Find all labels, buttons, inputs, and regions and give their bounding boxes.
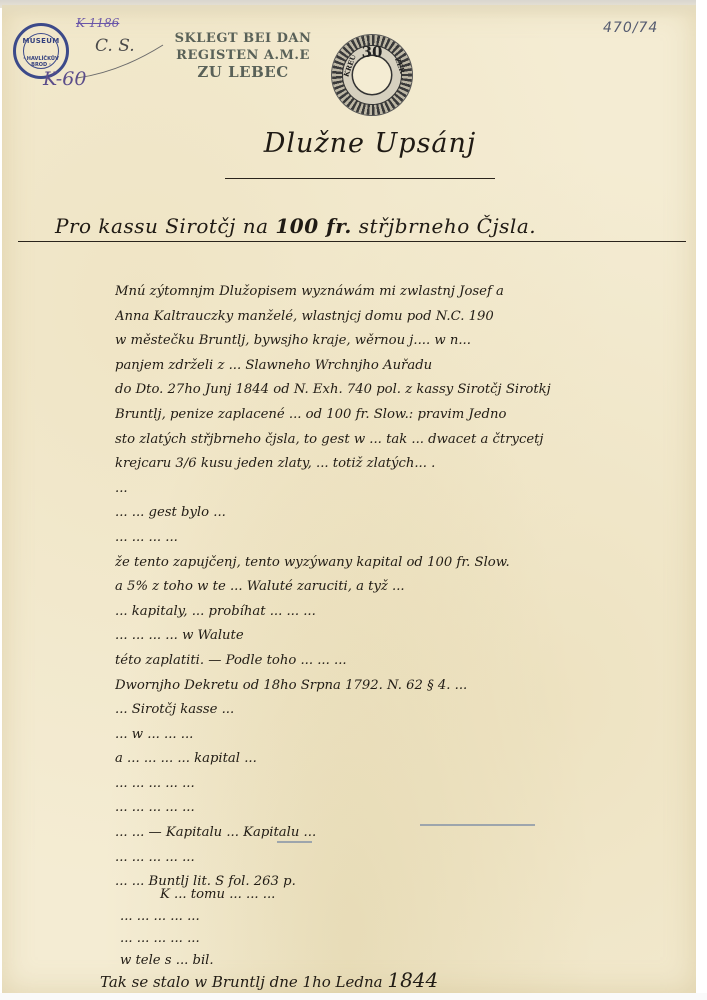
body-line: ... ... ... ... ... <box>115 772 675 797</box>
document-title: Dlužne Upsánj <box>255 128 485 159</box>
registry-stamp: SKLEGT BEI DAN REGISTEN A.M.E ZU LEBEC <box>168 30 318 81</box>
body-line: této zaplatiti. — Podle toho ... ... ... <box>115 649 675 674</box>
body-line: ... Sirotčj kasse ... <box>115 698 675 723</box>
closing-paragraph: K ... tomu ... ... ... ... ... ... ... .… <box>120 884 660 972</box>
body-line: že tento zapujčenj, tento wyzýwany kapit… <box>115 551 675 576</box>
pencil-stroke <box>75 42 165 82</box>
body-line: ... <box>115 477 675 502</box>
body-line: krejcaru 3/6 kusu jeden zlaty, ... totiž… <box>115 452 675 477</box>
closing-line: ... ... ... ... ... <box>120 906 660 928</box>
title-underline <box>225 178 495 179</box>
body-line: ... ... ... ... ... <box>115 846 675 871</box>
subtitle-amount: 100 fr. <box>275 214 351 238</box>
closing-line: K ... tomu ... ... ... <box>120 884 660 906</box>
catalog-code: K-60 <box>43 68 86 90</box>
pencil-underline <box>277 841 312 843</box>
body-line: Bruntlj, penize zaplacené ... od 100 fr.… <box>115 403 675 428</box>
body-line: a 5% z toho w te ... Waluté zaruciti, a … <box>115 575 675 600</box>
body-line: Dwornjho Dekretu od 18ho Srpna 1792. N. … <box>115 674 675 699</box>
body-line: do Dto. 27ho Junj 1844 od N. Exh. 740 po… <box>115 378 675 403</box>
body-line: Anna Kaltrauczky manželé, wlastnjcj domu… <box>115 305 675 330</box>
registry-stamp-line-3: ZU LEBEC <box>168 64 318 81</box>
body-line: ... ... ... ... ... <box>115 796 675 821</box>
archive-number: 470/74 <box>603 20 658 36</box>
registry-stamp-line-1: SKLEGT BEI DAN <box>168 30 318 47</box>
body-line: ... ... ... ... <box>115 526 675 551</box>
body-line: a ... ... ... ... kapital ... <box>115 747 675 772</box>
year: 1844 <box>387 968 438 992</box>
registry-stamp-line-2: REGISTEN A.M.E <box>168 47 318 64</box>
place-and-date: Tak se stalo w Bruntlj dne 1ho Ledna 184… <box>100 968 520 992</box>
subtitle-prefix: Pro kassu Sirotčj na <box>55 214 275 238</box>
museum-stamp-top-text: MUSEUM <box>16 37 66 45</box>
body-line: Mnú zýtomnjm Dlužopisem wyznáwám mi zwla… <box>115 280 675 305</box>
body-line: ... ... — Kapitalu ... Kapitalu ... <box>115 821 675 846</box>
body-line: ... ... gest bylo ... <box>115 501 675 526</box>
document-body: Mnú zýtomnjm Dlužopisem wyznáwám mi zwla… <box>115 280 675 895</box>
scan-right-margin <box>696 0 707 1000</box>
body-line: ... kapitaly, ... probíhat ... ... ... <box>115 600 675 625</box>
body-line: panjem zdrželi z ... Slawneho Wrchnjho A… <box>115 354 675 379</box>
tax-stamp-30-kreuzer: 30 KREU ZER <box>332 35 412 115</box>
body-line: ... ... ... ... w Walute <box>115 624 675 649</box>
pencil-underline <box>420 824 535 826</box>
body-line: ... w ... ... ... <box>115 723 675 748</box>
place-date-text: Tak se stalo w Bruntlj dne 1ho Ledna <box>100 973 387 991</box>
closing-line: ... ... ... ... ... <box>120 928 660 950</box>
subtitle-suffix: střjbrneho Čjsla. <box>352 214 536 238</box>
museum-stamp-bottom-text: · HAVLÍČKŮV BROD · <box>16 56 66 68</box>
body-line: sto zlatých střjbrneho čjsla, to gest w … <box>115 428 675 453</box>
crossed-inventory-number: K 1186 <box>76 16 119 30</box>
subtitle-underline <box>18 241 686 242</box>
document-subtitle: Pro kassu Sirotčj na 100 fr. střjbrneho … <box>55 214 675 238</box>
body-line: w městečku Bruntlj, bywsjho kraje, wěrno… <box>115 329 675 354</box>
scan-bottom-margin <box>0 993 707 1000</box>
